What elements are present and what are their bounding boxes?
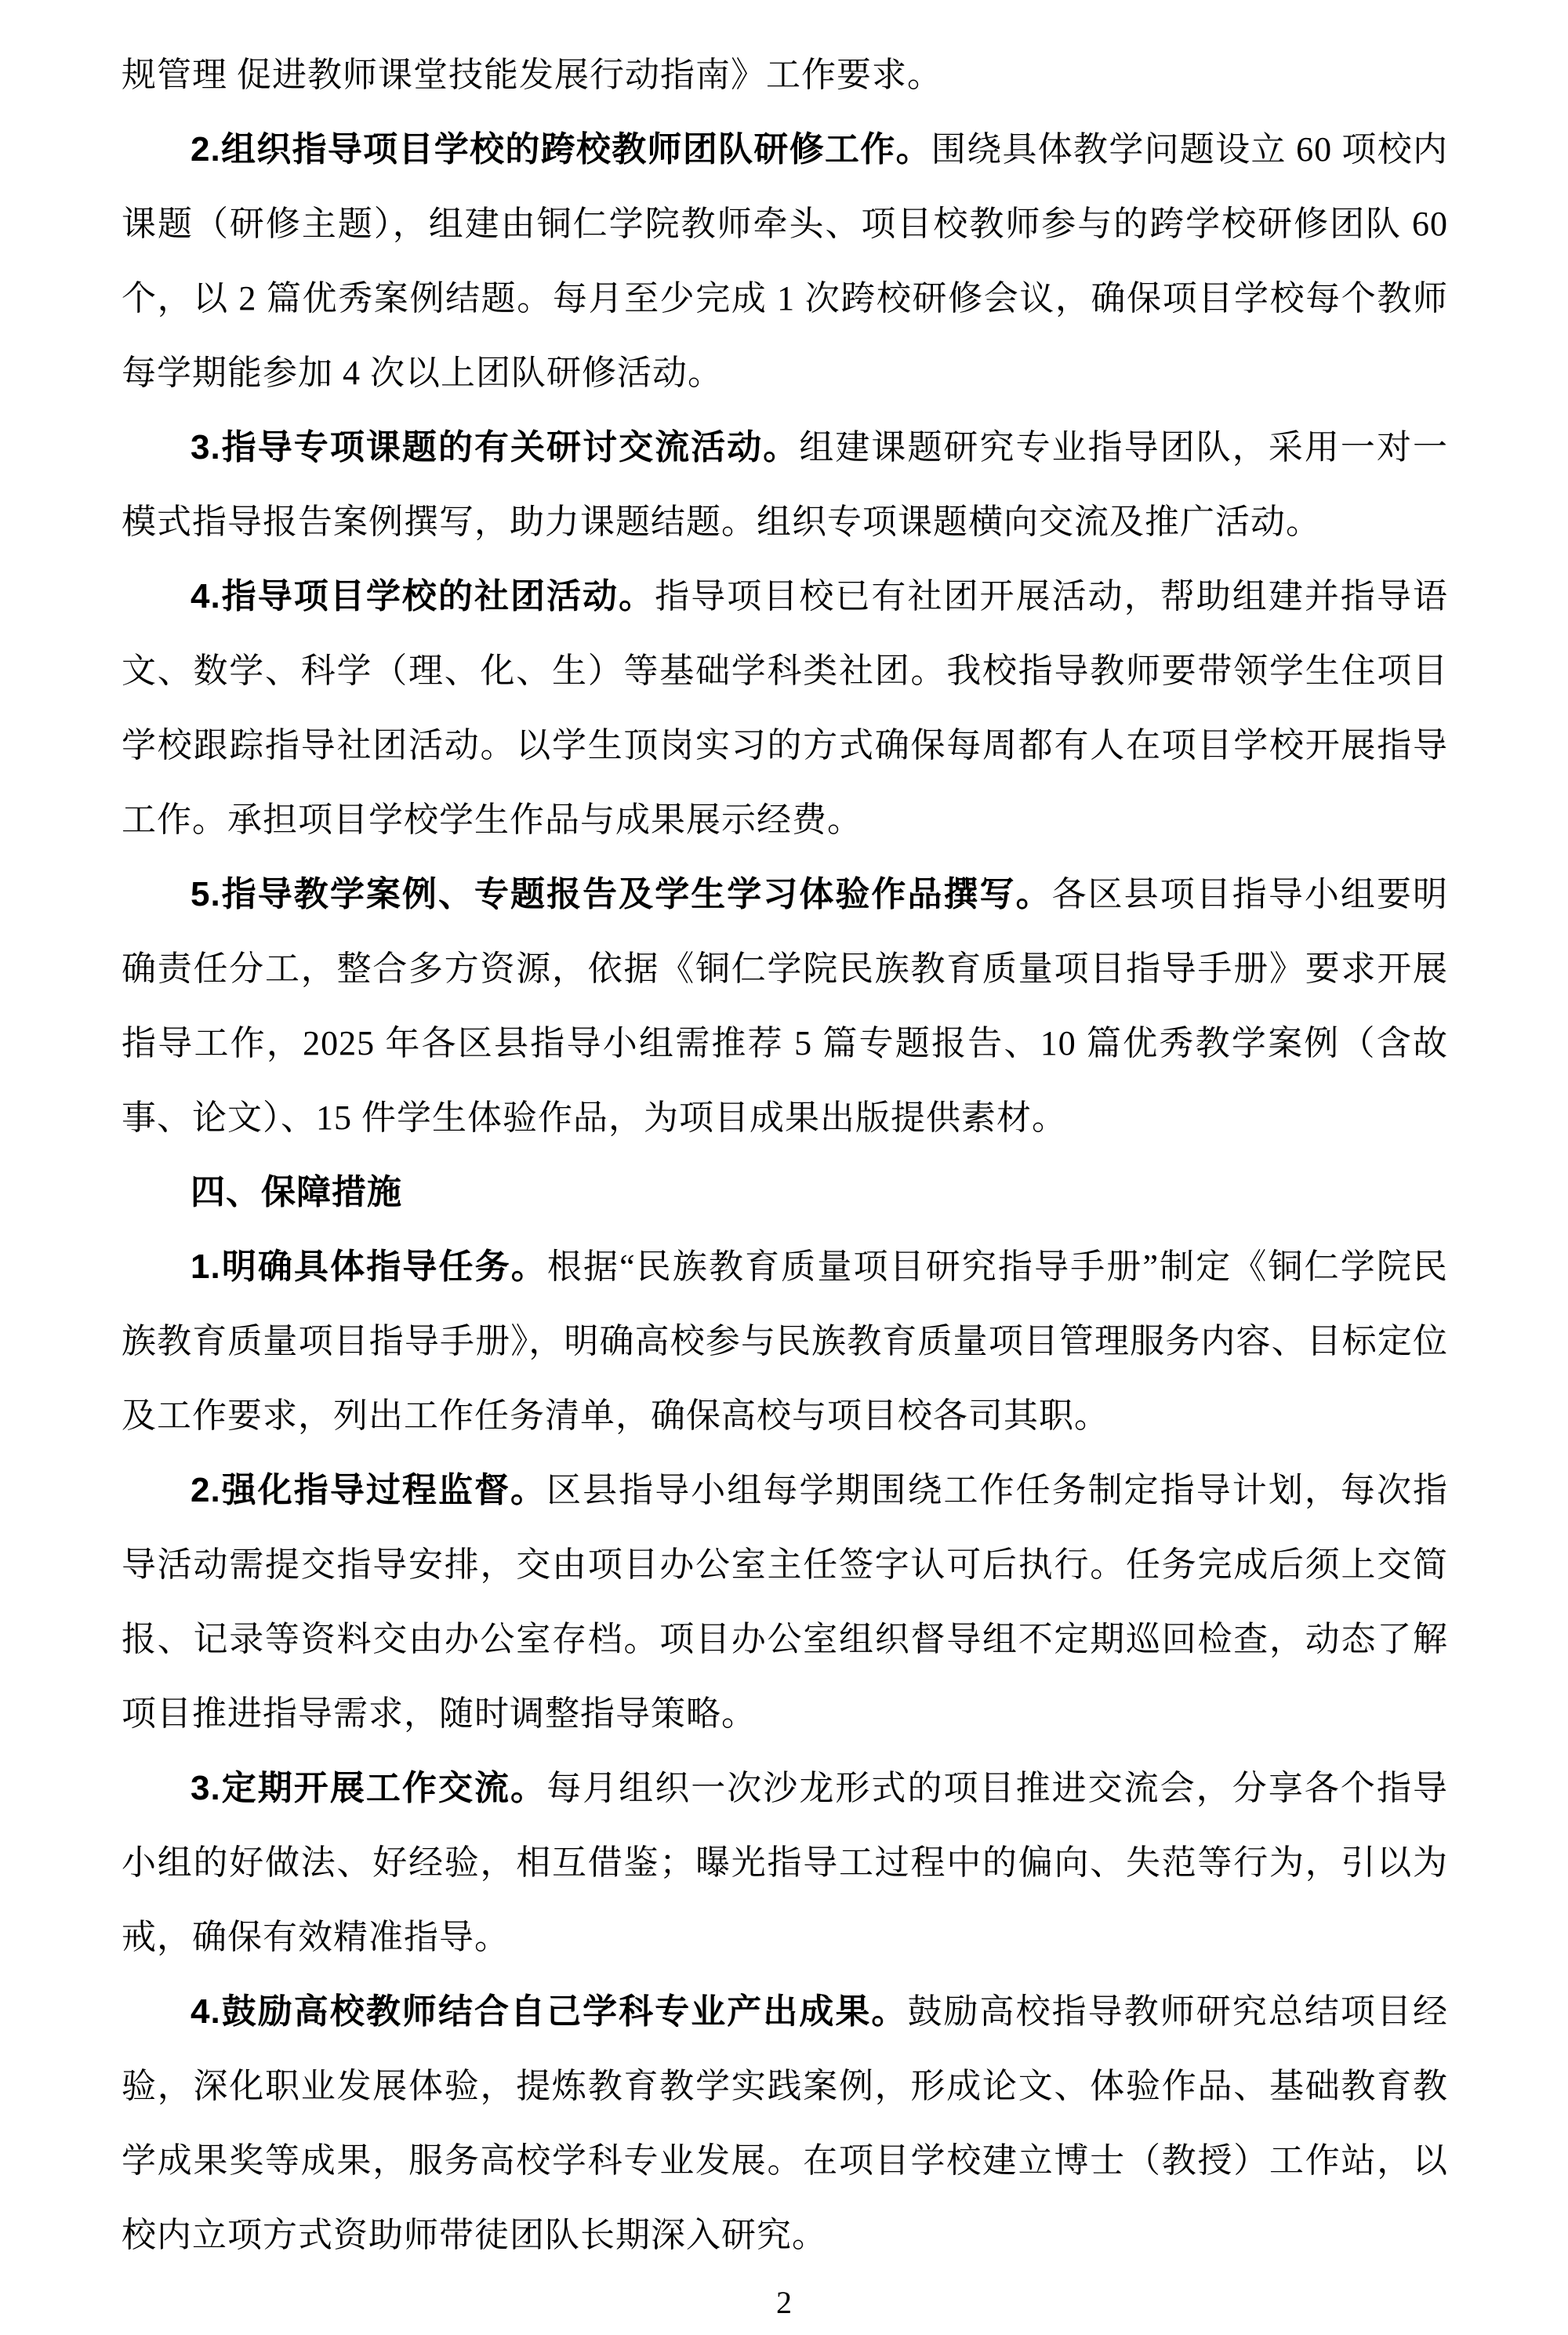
text-run: 规管理 促进教师课堂技能发展行动指南》工作要求。 bbox=[122, 56, 942, 94]
paragraph: 1.明确具体指导任务。根据“民族教育质量项目研究指导手册”制定《铜仁学院民族教育… bbox=[122, 1229, 1448, 1453]
paragraph: 2.强化指导过程监督。区县指导小组每学期围绕工作任务制定指导计划，每次指导活动需… bbox=[122, 1453, 1448, 1751]
document-page: 规管理 促进教师课堂技能发展行动指南》工作要求。2.组织指导项目学校的跨校教师团… bbox=[0, 0, 1568, 2335]
paragraph: 规管理 促进教师课堂技能发展行动指南》工作要求。 bbox=[122, 38, 1448, 112]
bold-text-run: 2.强化指导过程监督。 bbox=[191, 1471, 546, 1509]
bold-text-run: 四、保障措施 bbox=[191, 1173, 402, 1211]
text-run: 指导项目校已有社团开展活动，帮助组建并指导语文、数学、科学（理、化、生）等基础学… bbox=[122, 577, 1448, 839]
paragraph: 2.组织指导项目学校的跨校教师团队研修工作。围绕具体教学问题设立 60 项校内课… bbox=[122, 112, 1448, 410]
bold-text-run: 4.指导项目学校的社团活动。 bbox=[191, 577, 655, 616]
text-run: 各区县项目指导小组要明确责任分工，整合多方资源，依据《铜仁学院民族教育质量项目指… bbox=[122, 875, 1448, 1137]
page-number: 2 bbox=[776, 2285, 792, 2320]
paragraph: 4.鼓励高校教师结合自己学科专业产出成果。鼓励高校指导教师研究总结项目经验，深化… bbox=[122, 1974, 1448, 2272]
bold-text-run: 1.明确具体指导任务。 bbox=[191, 1247, 547, 1286]
paragraph: 5.指导教学案例、专题报告及学生学习体验作品撰写。各区县项目指导小组要明确责任分… bbox=[122, 857, 1448, 1155]
bold-text-run: 5.指导教学案例、专题报告及学生学习体验作品撰写。 bbox=[191, 875, 1052, 913]
text-run: 围绕具体教学问题设立 60 项校内课题（研修主题），组建由铜仁学院教师牵头、项目… bbox=[122, 130, 1448, 392]
document-body: 规管理 促进教师课堂技能发展行动指南》工作要求。2.组织指导项目学校的跨校教师团… bbox=[122, 38, 1448, 2272]
bold-text-run: 4.鼓励高校教师结合自己学科专业产出成果。 bbox=[191, 1992, 907, 2031]
text-run: 鼓励高校指导教师研究总结项目经验，深化职业发展体验，提炼教育教学实践案例，形成论… bbox=[122, 1992, 1448, 2254]
bold-text-run: 2.组织指导项目学校的跨校教师团队研修工作。 bbox=[191, 130, 931, 169]
text-run: 区县指导小组每学期围绕工作任务制定指导计划，每次指导活动需提交指导安排，交由项目… bbox=[122, 1471, 1448, 1733]
paragraph: 3.定期开展工作交流。每月组织一次沙龙形式的项目推进交流会，分享各个指导小组的好… bbox=[122, 1751, 1448, 1974]
paragraph: 3.指导专项课题的有关研讨交流活动。组建课题研究专业指导团队，采用一对一模式指导… bbox=[122, 410, 1448, 559]
bold-text-run: 3.指导专项课题的有关研讨交流活动。 bbox=[191, 428, 799, 467]
paragraph: 4.指导项目学校的社团活动。指导项目校已有社团开展活动，帮助组建并指导语文、数学… bbox=[122, 559, 1448, 857]
bold-text-run: 3.定期开展工作交流。 bbox=[191, 1769, 546, 1807]
page-footer: 2 bbox=[0, 2284, 1568, 2321]
section-heading: 四、保障措施 bbox=[122, 1155, 1448, 1229]
